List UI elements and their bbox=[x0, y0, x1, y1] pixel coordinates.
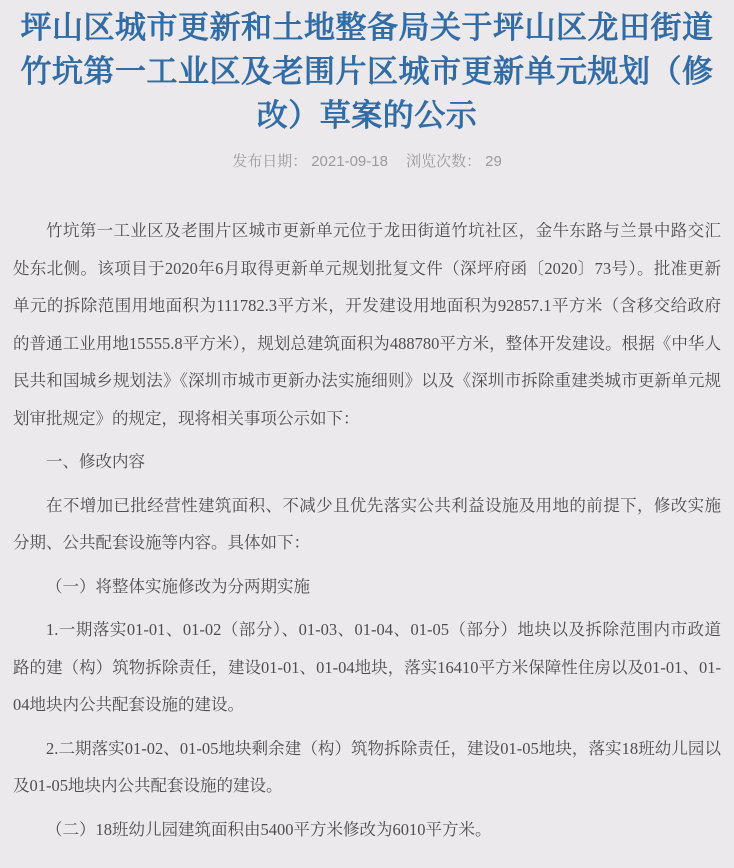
view-count-value: 29 bbox=[485, 153, 502, 170]
paragraph-phase-1: 1.一期落实01-01、01-02（部分）、01-03、01-04、01-05（… bbox=[13, 611, 721, 724]
paragraph-section-1: 一、修改内容 bbox=[13, 443, 721, 481]
paragraph-premise: 在不增加已批经营性建筑面积、不减少且优先落实公共利益设施及用地的前提下，修改实施… bbox=[13, 487, 721, 562]
announcement-body: 竹坑第一工业区及老围片区城市更新单元位于龙田街道竹坑社区，金牛东路与兰景中路交汇… bbox=[0, 212, 734, 848]
view-count: 浏览次数：29 bbox=[406, 153, 502, 170]
announcement-page: 坪山区城市更新和土地整备局关于坪山区龙田街道竹坑第一工业区及老围片区城市更新单元… bbox=[0, 0, 734, 868]
view-count-label: 浏览次数： bbox=[406, 153, 481, 170]
publish-date-label: 发布日期： bbox=[232, 153, 307, 170]
paragraph-item-1: （一）将整体实施修改为分两期实施 bbox=[13, 568, 721, 606]
paragraph-phase-2: 2.二期落实01-02、01-05地块剩余建（构）筑物拆除责任，建设01-05地… bbox=[13, 730, 721, 805]
publish-meta: 发布日期：2021-09-18 浏览次数：29 bbox=[0, 152, 734, 172]
publish-date: 发布日期：2021-09-18 bbox=[232, 153, 392, 170]
paragraph-intro: 竹坑第一工业区及老围片区城市更新单元位于龙田街道竹坑社区，金牛东路与兰景中路交汇… bbox=[13, 212, 721, 437]
paragraph-item-2: （二）18班幼儿园建筑面积由5400平方米修改为6010平方米。 bbox=[13, 811, 721, 849]
page-title: 坪山区城市更新和土地整备局关于坪山区龙田街道竹坑第一工业区及老围片区城市更新单元… bbox=[8, 6, 726, 138]
publish-date-value: 2021-09-18 bbox=[311, 153, 388, 170]
